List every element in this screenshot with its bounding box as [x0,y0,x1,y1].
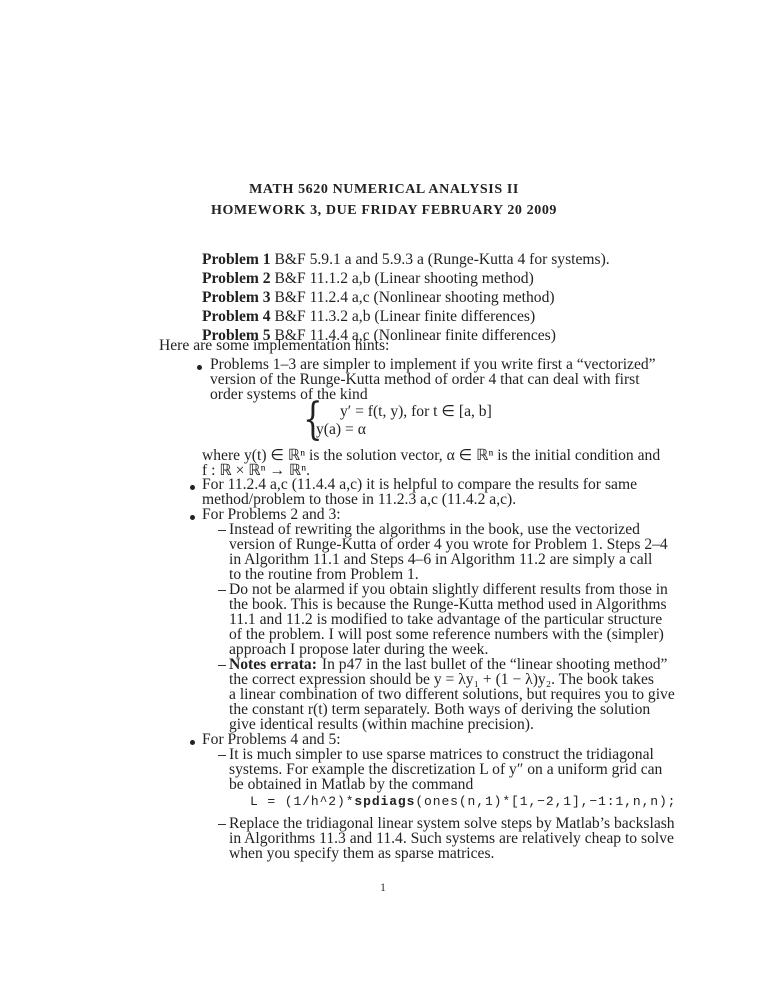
hints-intro: Here are some implementation hints: [159,337,389,355]
problem-text: B&F 11.3.2 a,b (Linear finite difference… [274,308,535,325]
equation-text: y′ = f(t, y), for t ∈ [a, b] [340,403,492,420]
bullet-icon [190,515,195,520]
document-page: MATH 5620 NUMERICAL ANALYSIS II HOMEWORK… [0,0,768,994]
problem-list: Problem 1 B&F 5.9.1 a and 5.9.3 a (Runge… [202,250,610,345]
problem-item: Problem 4 B&F 11.3.2 a,b (Linear finite … [202,307,610,326]
problem-text: B&F 11.1.2 a,b (Linear shooting method) [274,270,533,287]
problem-text: B&F 11.2.4 a,c (Nonlinear shooting metho… [274,289,554,306]
problem-item: Problem 1 B&F 5.9.1 a and 5.9.3 a (Runge… [202,250,610,269]
hint-4-sub-line: when you specify them as sparse matrices… [229,845,494,863]
dash-icon [218,530,226,531]
problem-item: Problem 3 B&F 11.2.4 a,c (Nonlinear shoo… [202,288,610,307]
dash-icon [218,665,226,666]
bullet-icon [190,485,195,490]
homework-title: HOMEWORK 3, DUE FRIDAY FEBRUARY 20 2009 [0,203,768,219]
matlab-code: L = (1/h^2)*spdiags(ones(n,1)*[1,−2,1],−… [250,794,676,809]
dash-icon [218,590,226,591]
page-number: 1 [380,880,386,895]
problem-label: Problem 2 [202,270,271,287]
equation-line-2: y(a) = α [316,421,366,439]
course-title: MATH 5620 NUMERICAL ANALYSIS II [0,182,768,198]
code-text: (ones(n,1)*[1,−2,1],−1:1,n,n); [415,794,676,809]
problem-label: Problem 1 [202,251,271,268]
problem-text: B&F 5.9.1 a and 5.9.3 a (Runge-Kutta 4 f… [274,251,609,268]
problem-item: Problem 2 B&F 11.1.2 a,b (Linear shootin… [202,269,610,288]
dash-icon [218,755,226,756]
bullet-icon [197,365,202,370]
problem-label: Problem 4 [202,308,271,325]
equation-text: y(a) = α [316,421,366,438]
code-text: L = (1/h^2)* [250,794,354,809]
dash-icon [218,824,226,825]
bullet-icon [190,740,195,745]
code-function: spdiags [354,794,415,809]
hint-4-sub-line: be obtained in Matlab by the command [229,776,473,794]
equation-line-1: y′ = f(t, y), for t ∈ [a, b] [340,402,492,421]
problem-label: Problem 3 [202,289,271,306]
